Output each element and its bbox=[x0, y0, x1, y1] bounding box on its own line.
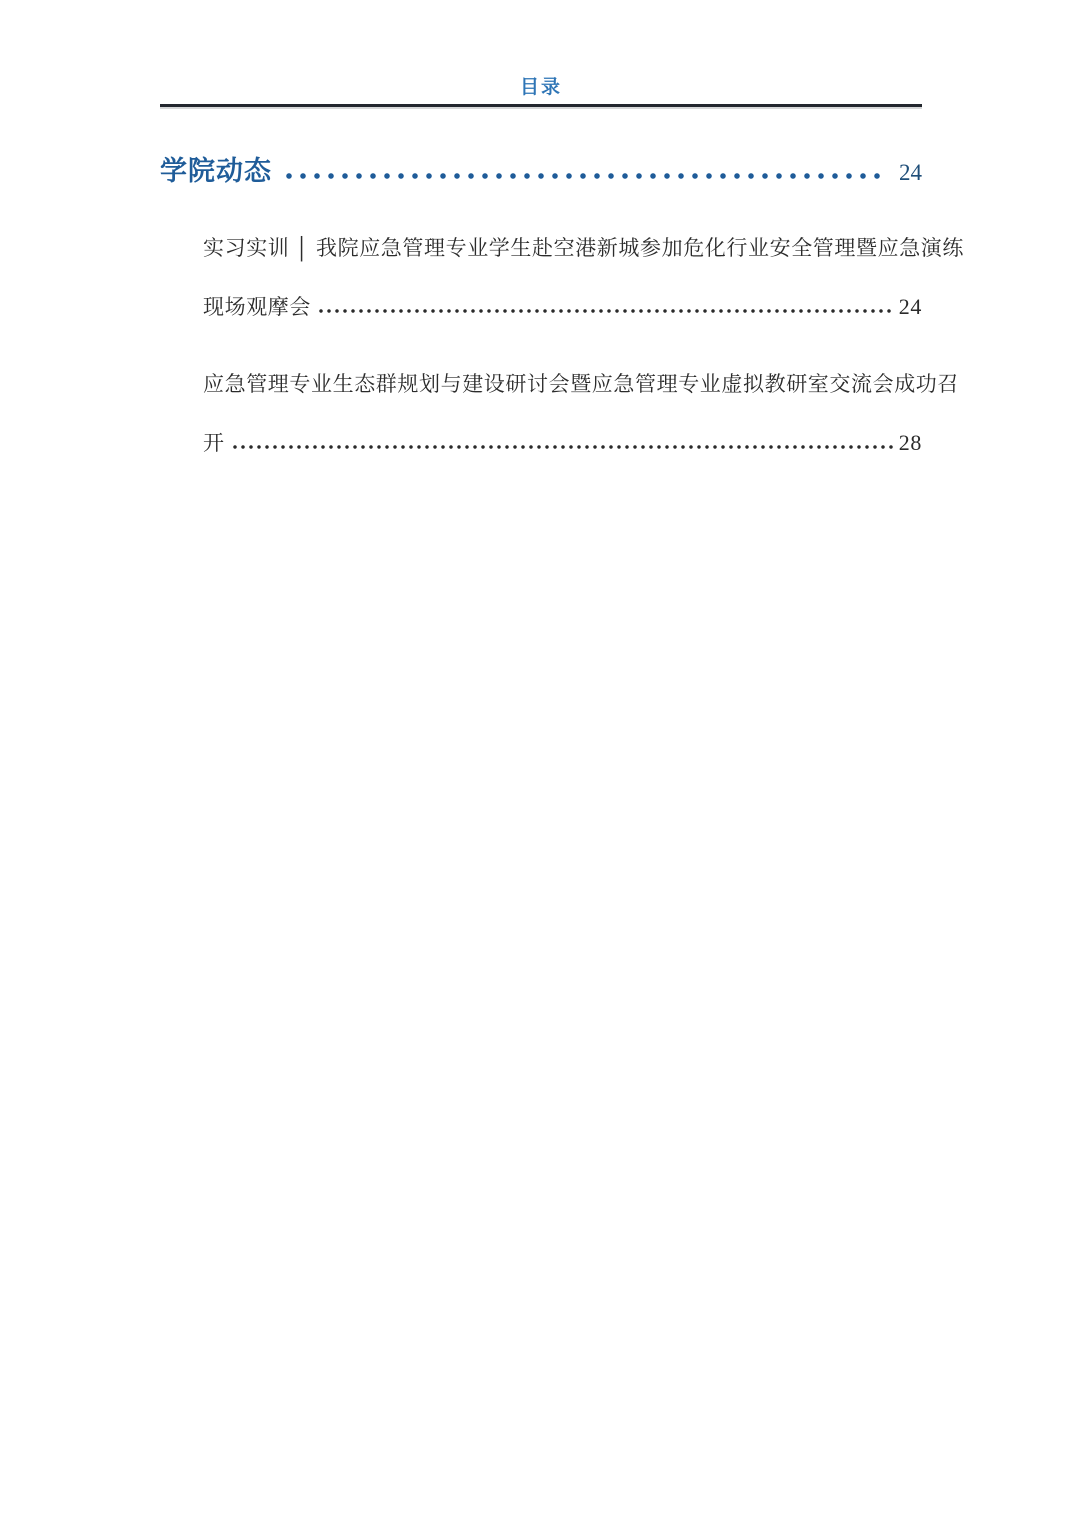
toc-content: 目录 学院动态 24 实习实训 │ 我院应急管理专业学生赴空港新城参加危化行业安… bbox=[0, 0, 1080, 473]
toc-entry-title-line1: 应急管理专业生态群规划与建设研讨会暨应急管理专业虚拟教研室交流会成功召 bbox=[203, 356, 922, 414]
toc-entry-line2: 现场观摩会 24 bbox=[203, 278, 922, 337]
toc-entry-line2: 开 28 bbox=[203, 414, 922, 473]
header-divider bbox=[160, 104, 922, 107]
dot-leader bbox=[231, 444, 895, 450]
dot-leader bbox=[317, 308, 895, 314]
toc-entry-title-line2: 开 bbox=[203, 415, 225, 473]
document-page: 目录 学院动态 24 实习实训 │ 我院应急管理专业学生赴空港新城参加危化行业安… bbox=[0, 0, 1080, 1526]
toc-entry-page-number: 24 bbox=[899, 278, 922, 336]
page-title: 目录 bbox=[160, 76, 922, 100]
toc-section-title: 学院动态 bbox=[160, 149, 272, 188]
dot-leader bbox=[282, 172, 887, 180]
toc-section-heading: 学院动态 24 bbox=[160, 149, 922, 188]
toc-entry: 应急管理专业生态群规划与建设研讨会暨应急管理专业虚拟教研室交流会成功召 开 28 bbox=[203, 356, 922, 473]
toc-entry-page-number: 28 bbox=[899, 414, 922, 472]
toc-section-page-number: 24 bbox=[899, 160, 922, 186]
toc-entry-title-line2: 现场观摩会 bbox=[203, 279, 311, 337]
toc-entry-title-line1: 实习实训 │ 我院应急管理专业学生赴空港新城参加危化行业安全管理暨应急演练 bbox=[203, 220, 922, 278]
toc-entry: 实习实训 │ 我院应急管理专业学生赴空港新城参加危化行业安全管理暨应急演练 现场… bbox=[203, 220, 922, 337]
